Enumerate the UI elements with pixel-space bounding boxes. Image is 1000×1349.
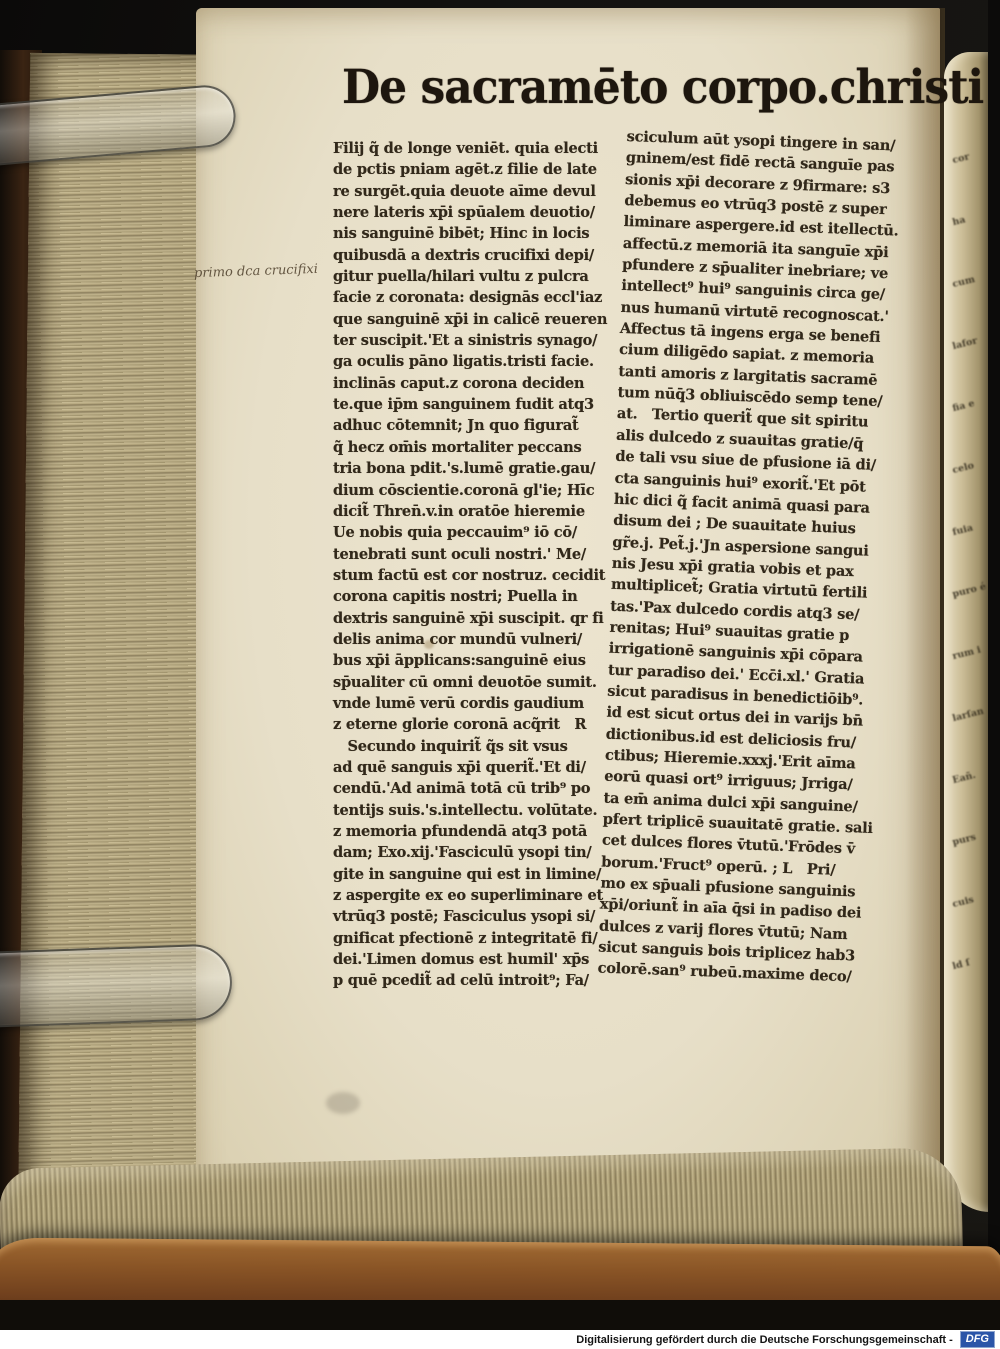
text-line: dei.'Limen domus est humil' xp̄s xyxy=(333,949,629,970)
text-line: ter suscipit.'Et a sinistris synago/ xyxy=(333,330,629,351)
text-line: adhuc cōtemnit; Jn quo figurat̃ xyxy=(333,415,629,436)
text-line: tentijs suis.'s.intellectu. volūtate. xyxy=(333,800,629,821)
text-line: ad quē sanguis xp̄i querit̃.'Et di/ xyxy=(333,757,629,778)
text-line: sp̄ualiter cū omni deuotōe sumit. xyxy=(333,672,629,693)
digitized-book-photo: corhacumlaforfia ecelofuiapuro érum ilar… xyxy=(0,0,1000,1349)
text-line: dam; Exo.xij.'Fasciculū ysopi tin/ xyxy=(333,842,629,863)
text-line: gitur puella/hilari vultu z pulcra xyxy=(333,266,629,287)
facing-page-edge xyxy=(944,52,994,1212)
text-line: z memoria pfundendā atq3 potā xyxy=(333,821,629,842)
text-line: q̃ hecz om̄is mortaliter peccans xyxy=(333,437,629,458)
text-line: vtrūq3 postē; Fasciculus ysopi si/ xyxy=(333,906,629,927)
text-line: p quē pcedit̃ ad celū introit⁹; Fa/ xyxy=(333,970,629,991)
text-line: Filij q̃ de longe veniēt. quia electi xyxy=(333,138,629,159)
page-stain xyxy=(326,1092,360,1114)
caption-bar: Digitalisierung gefördert durch die Deut… xyxy=(0,1330,1000,1349)
text-line: dicit̃ Thren̄.v.in oratōe hieremie xyxy=(333,501,629,522)
text-line: gnificat pfectionē z integritatē fi/ xyxy=(333,928,629,949)
text-line: nere lateris xp̄i spūalem deuotio/ xyxy=(333,202,629,223)
page-stain xyxy=(424,640,434,649)
text-line: z eterne glorie coronā acq̃rit R xyxy=(333,714,629,735)
text-column-right: sciculum aūt ysopi tingere in san/gninem… xyxy=(597,126,923,990)
text-column-left: Filij q̃ de longe veniēt. quia electide … xyxy=(333,138,629,992)
text-line: te.que ip̄m sanguinem fudit atq3 xyxy=(333,394,629,415)
text-line: dium cōscientie.coronā gl'ie; Hīc xyxy=(333,480,629,501)
text-line: bus xp̄i āpplicans:sanguinē eius xyxy=(333,650,629,671)
running-title: De sacramēto corpo.christi xyxy=(342,60,908,114)
text-line: re surgēt.quia deuote aīme devul xyxy=(333,181,629,202)
text-line: nis sanguinē bibēt; Hinc in locis xyxy=(333,223,629,244)
text-line: tria bona pdit.'s.lumē gratie.gau/ xyxy=(333,458,629,479)
dfg-logo[interactable]: DFG xyxy=(960,1331,995,1348)
page-holder-clip-bottom xyxy=(0,943,233,1029)
text-line: stum factū est cor nostruz. cecidit xyxy=(333,565,629,586)
text-line: Secundo inquirit̃ q̃s sit vsus xyxy=(333,736,629,757)
text-line: dextris sanguinē xp̄i suscipit. qr fi xyxy=(333,608,629,629)
text-line: delis anima cor mundū vulneri/ xyxy=(333,629,629,650)
text-line: facie z coronata: designās eccl'iaz xyxy=(333,287,629,308)
text-line: gite in sanguine qui est in limine/ xyxy=(333,864,629,885)
text-line: de pctis pniam agēt.z filie de late xyxy=(333,159,629,180)
text-line: z aspergite ex eo superliminare et xyxy=(333,885,629,906)
text-line: quibusdā a dextris crucifixi depi/ xyxy=(333,245,629,266)
photo-right-border xyxy=(988,0,1000,1349)
text-line: inclinās caput.z corona deciden xyxy=(333,373,629,394)
text-line: ga oculis pāno ligatis.tristi facie. xyxy=(333,351,629,372)
photo-bottom-shadow xyxy=(0,1300,1000,1334)
text-line: tenebrati sunt oculi nostri.' Me/ xyxy=(333,544,629,565)
text-line: corona capitis nostri; Puella in xyxy=(333,586,629,607)
digitization-credit-text: Digitalisierung gefördert durch die Deut… xyxy=(576,1334,953,1346)
text-line: Ue nobis quia peccauim⁹ iō cō/ xyxy=(333,522,629,543)
text-line: cendū.'Ad animā totā cū trib⁹ po xyxy=(333,778,629,799)
text-line: que sanguinē xp̄i in calicē reueren xyxy=(333,309,629,330)
text-line: vnde lumē verū cordis gaudium xyxy=(333,693,629,714)
